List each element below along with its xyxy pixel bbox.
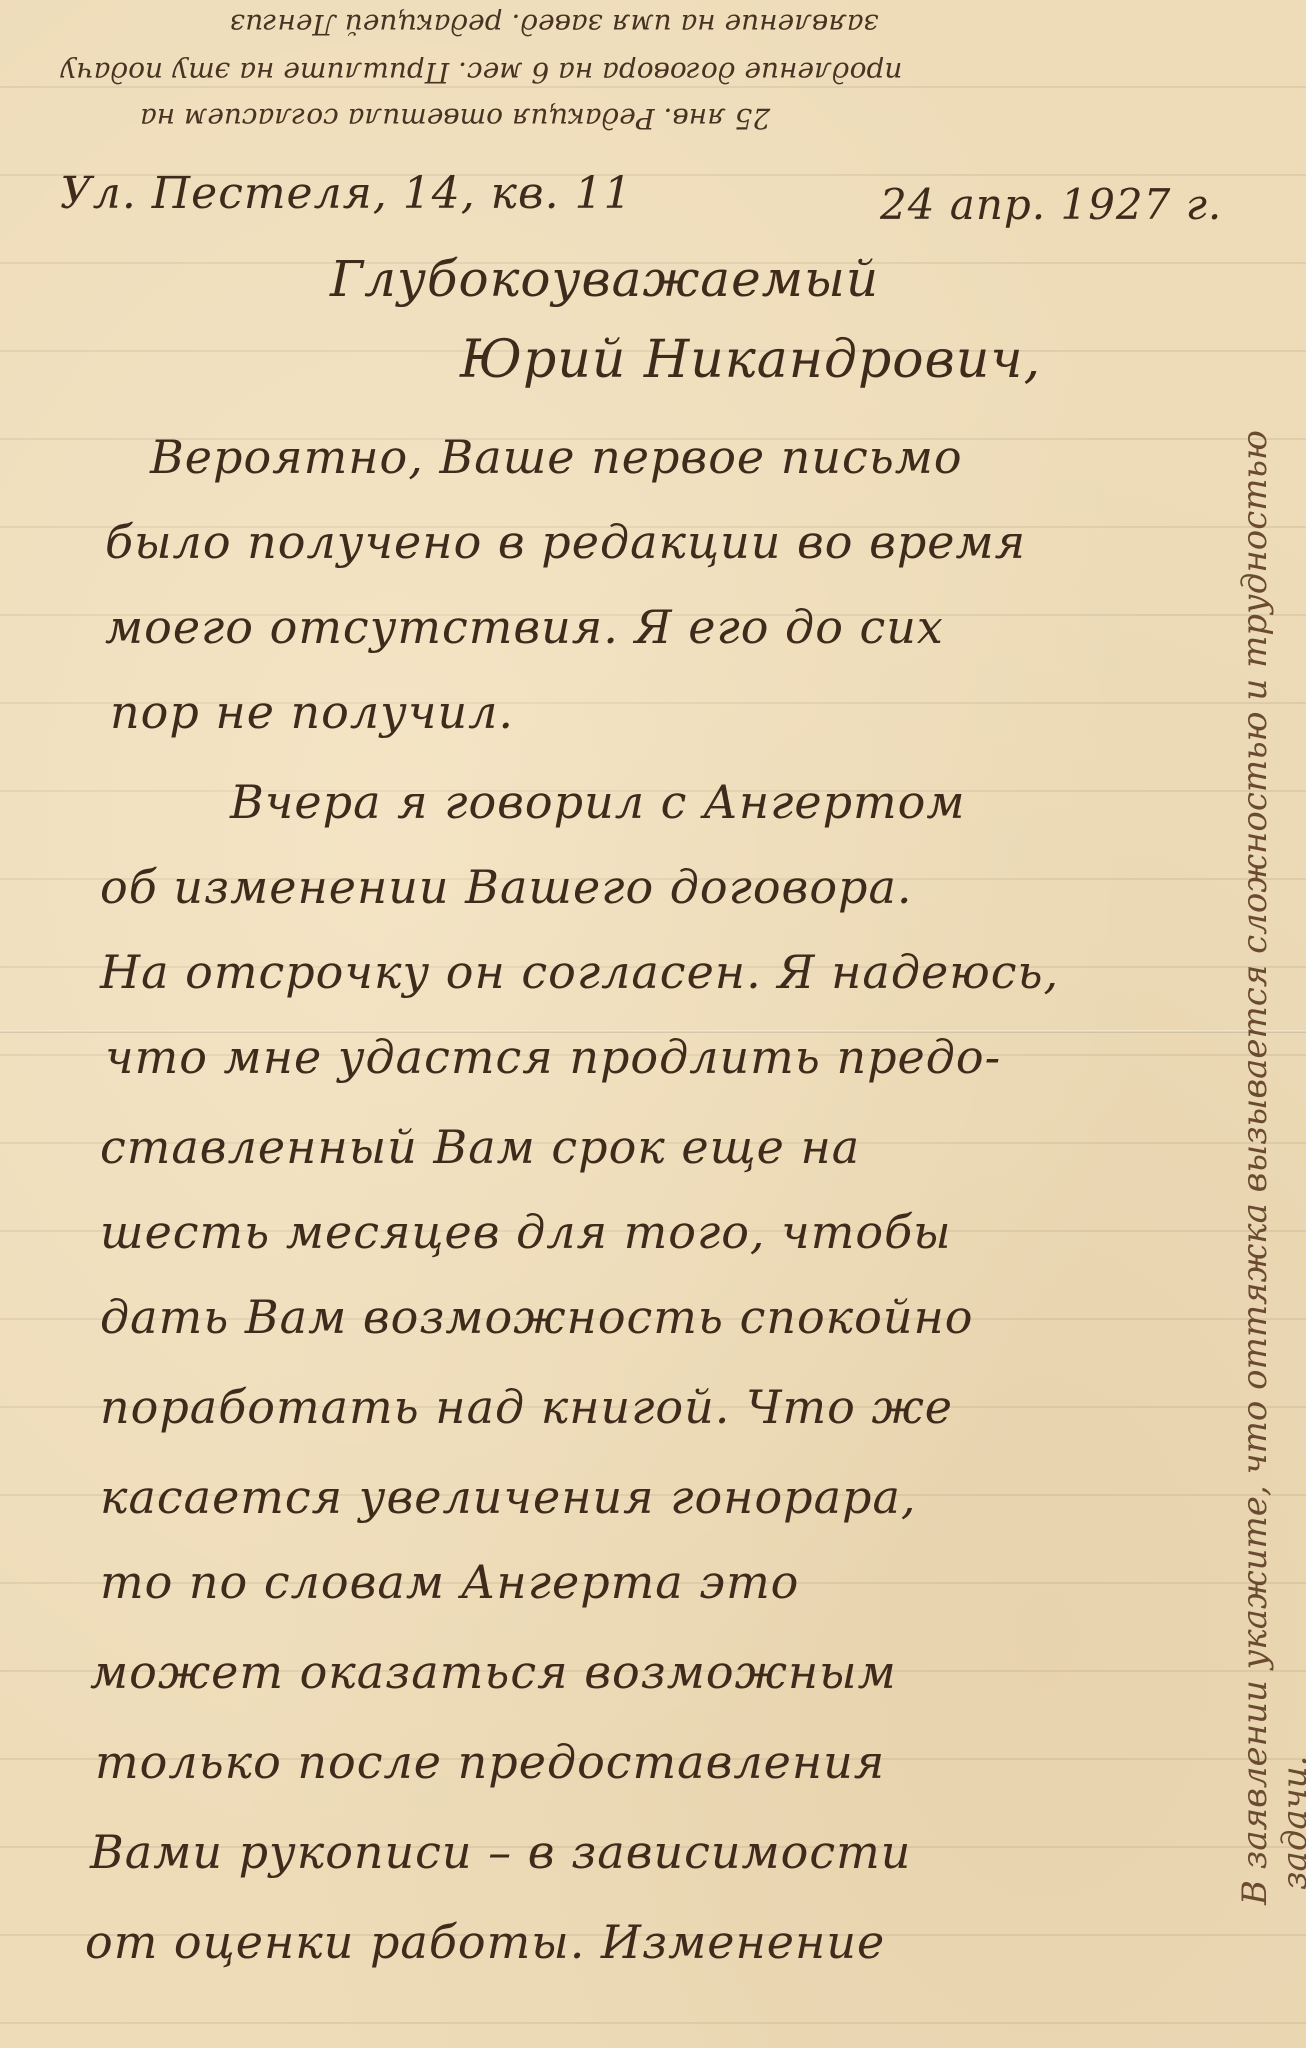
sender-address: Ул. Пестеля, 14, кв. 11 — [60, 168, 633, 219]
top-annotation-line-1: 25 янв. Редакция ответила согласием на — [140, 102, 770, 135]
top-annotation-line-2: продление договора на 6 мес. Пришлите на… — [60, 56, 902, 89]
salutation-line-1: Глубокоуважаемый — [330, 250, 879, 308]
body-line: Вероятно, Ваше первое письмо — [150, 430, 963, 484]
body-line: от оценки работы. Изменение — [85, 1915, 885, 1969]
body-line: Вами рукописи – в зависимости — [90, 1825, 911, 1879]
body-line: только после предоставления — [95, 1735, 885, 1789]
body-line: поработать над книгой. Что же — [100, 1380, 953, 1434]
body-line: дать Вам возможность спокойно — [100, 1290, 973, 1344]
body-line: об изменении Вашего договора. — [100, 860, 913, 914]
body-line: На отсрочку он согласен. Я надеюсь, — [100, 945, 1059, 999]
margin-note-line-2: задачи. — [1275, 1756, 1306, 1891]
salutation-line-2: Юрий Никандрович, — [460, 330, 1041, 390]
margin-note-line-1: В заявлении укажите, что оттяжка вызывае… — [1235, 430, 1275, 1905]
body-line: ставленный Вам срок еще на — [100, 1120, 860, 1174]
letter-date: 24 апр. 1927 г. — [880, 180, 1222, 229]
body-line: пор не получил. — [110, 685, 514, 739]
body-line: было получено в редакции во время — [105, 515, 1026, 569]
body-line: то по словам Ангерта это — [100, 1555, 799, 1609]
body-line: касается увеличения гонорара, — [100, 1470, 917, 1524]
body-line: что мне удастся продлить предо- — [105, 1030, 1001, 1084]
body-line: шесть месяцев для того, чтобы — [100, 1205, 952, 1259]
body-line: может оказаться возможным — [90, 1645, 897, 1699]
body-line: моего отсутствия. Я его до сих — [105, 600, 944, 654]
body-line: Вчера я говорил с Ангертом — [230, 775, 966, 829]
top-annotation-line-3: заявление на имя завед. редакцией Ленгиз — [230, 8, 879, 41]
